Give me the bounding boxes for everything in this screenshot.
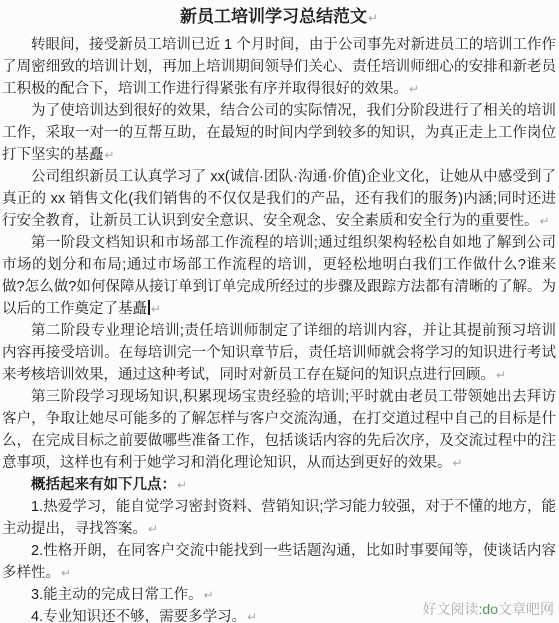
point-2: 2.性格开朗，在同客户交流中能找到一些话题沟通，比如时事要闻等，使谈话内容多样性… xyxy=(2,540,556,584)
paragraph-mark-icon: ↵ xyxy=(496,368,506,382)
paragraph-mark-icon: ↵ xyxy=(453,456,463,470)
stage-two-paragraph: 第二阶段专业理论培训;责任培训师制定了详细的培训内容，并让其提前预习培训内容再接… xyxy=(2,320,556,386)
stage-three-paragraph: 第三阶段学习现场知识,积累现场宝贵经验的培训;平时就由老员工带领她出去拜访客户，… xyxy=(2,386,556,474)
document-page: 新员工培训学习总结范文↵ 转眼间，接受新员工培训已近 1 个月时间，由于公司事先… xyxy=(0,0,559,623)
paragraph-mark-icon: ↵ xyxy=(177,478,187,492)
culture-paragraph: 公司组织新员工认真学习了 xx(诚信·团队·沟通·价值)企业文化，让她从中感受到… xyxy=(2,166,556,232)
paragraph-mark-icon: ↵ xyxy=(368,11,378,25)
watermark: 好文阅读:do文章吧网 xyxy=(423,599,554,619)
stage-two-paragraph-text: 第二阶段专业理论培训;责任培训师制定了详细的培训内容，并让其提前预习培训内容再接… xyxy=(2,323,556,383)
paragraph-mark-icon: ↵ xyxy=(204,588,214,602)
point-4-text: 4.专业知识还不够，需要多学习。 xyxy=(31,609,246,623)
point-1: 1.热爱学习，能自觉学习密封资料、营销知识;学习能力较强，对于不懂的地方，能主动… xyxy=(2,496,556,540)
document-title: 新员工培训学习总结范文↵ xyxy=(2,5,556,30)
watermark-site-link[interactable]: :do xyxy=(479,601,498,617)
intro-paragraph-text: 转眼间，接受新员工培训已近 1 个月时间，由于公司事先对新进员工的培训工作作了周… xyxy=(2,37,556,97)
paragraph-mark-icon: ↵ xyxy=(151,302,161,316)
intro-paragraph: 转眼间，接受新员工培训已近 1 个月时间，由于公司事先对新进员工的培训工作作了周… xyxy=(2,34,556,100)
document-body: 转眼间，接受新员工培训已近 1 个月时间，由于公司事先对新进员工的培训工作作了周… xyxy=(2,34,556,623)
overview-paragraph-text: 为了使培训达到很好的效果，结合公司的实际情况，我们分阶段进行了相关的培训工作，采… xyxy=(2,103,556,163)
point-2-text: 2.性格开朗，在同客户交流中能找到一些话题沟通，比如时事要闻等，使谈话内容多样性… xyxy=(2,543,556,581)
point-3-text: 3.能主动的完成日常工作。 xyxy=(31,587,203,603)
summary-heading: 概括起来有如下几点：↵ xyxy=(2,474,556,496)
summary-heading-text: 概括起来有如下几点： xyxy=(31,477,176,493)
point-1-text: 1.热爱学习，能自觉学习密封资料、营销知识;学习能力较强，对于不懂的地方，能主动… xyxy=(2,499,556,537)
paragraph-mark-icon: ↵ xyxy=(409,82,419,96)
stage-one-paragraph: 第一阶段文档知识和市场部工作流程的培训;通过组织架构轻松自如地了解到公司市场的划… xyxy=(2,232,556,320)
paragraph-mark-icon: ↵ xyxy=(61,566,71,580)
watermark-suffix: 文章吧网 xyxy=(498,601,554,617)
stage-three-paragraph-text: 第三阶段学习现场知识,积累现场宝贵经验的培训;平时就由老员工带领她出去拜访客户，… xyxy=(2,389,556,471)
stage-one-paragraph-text: 第一阶段文档知识和市场部工作流程的培训;通过组织架构轻松自如地了解到公司市场的划… xyxy=(2,235,556,317)
title-text: 新员工培训学习总结范文 xyxy=(180,7,367,26)
culture-paragraph-text: 公司组织新员工认真学习了 xx(诚信·团队·沟通·价值)企业文化，让她从中感受到… xyxy=(2,169,556,229)
text-cursor xyxy=(148,300,150,315)
paragraph-mark-icon: ↵ xyxy=(540,214,550,228)
paragraph-mark-icon: ↵ xyxy=(148,522,158,536)
overview-paragraph: 为了使培训达到很好的效果，结合公司的实际情况，我们分阶段进行了相关的培训工作，采… xyxy=(2,100,556,166)
paragraph-mark-icon: ↵ xyxy=(105,148,115,162)
watermark-prefix: 好文阅读 xyxy=(423,601,479,617)
paragraph-mark-icon: ↵ xyxy=(247,610,257,623)
